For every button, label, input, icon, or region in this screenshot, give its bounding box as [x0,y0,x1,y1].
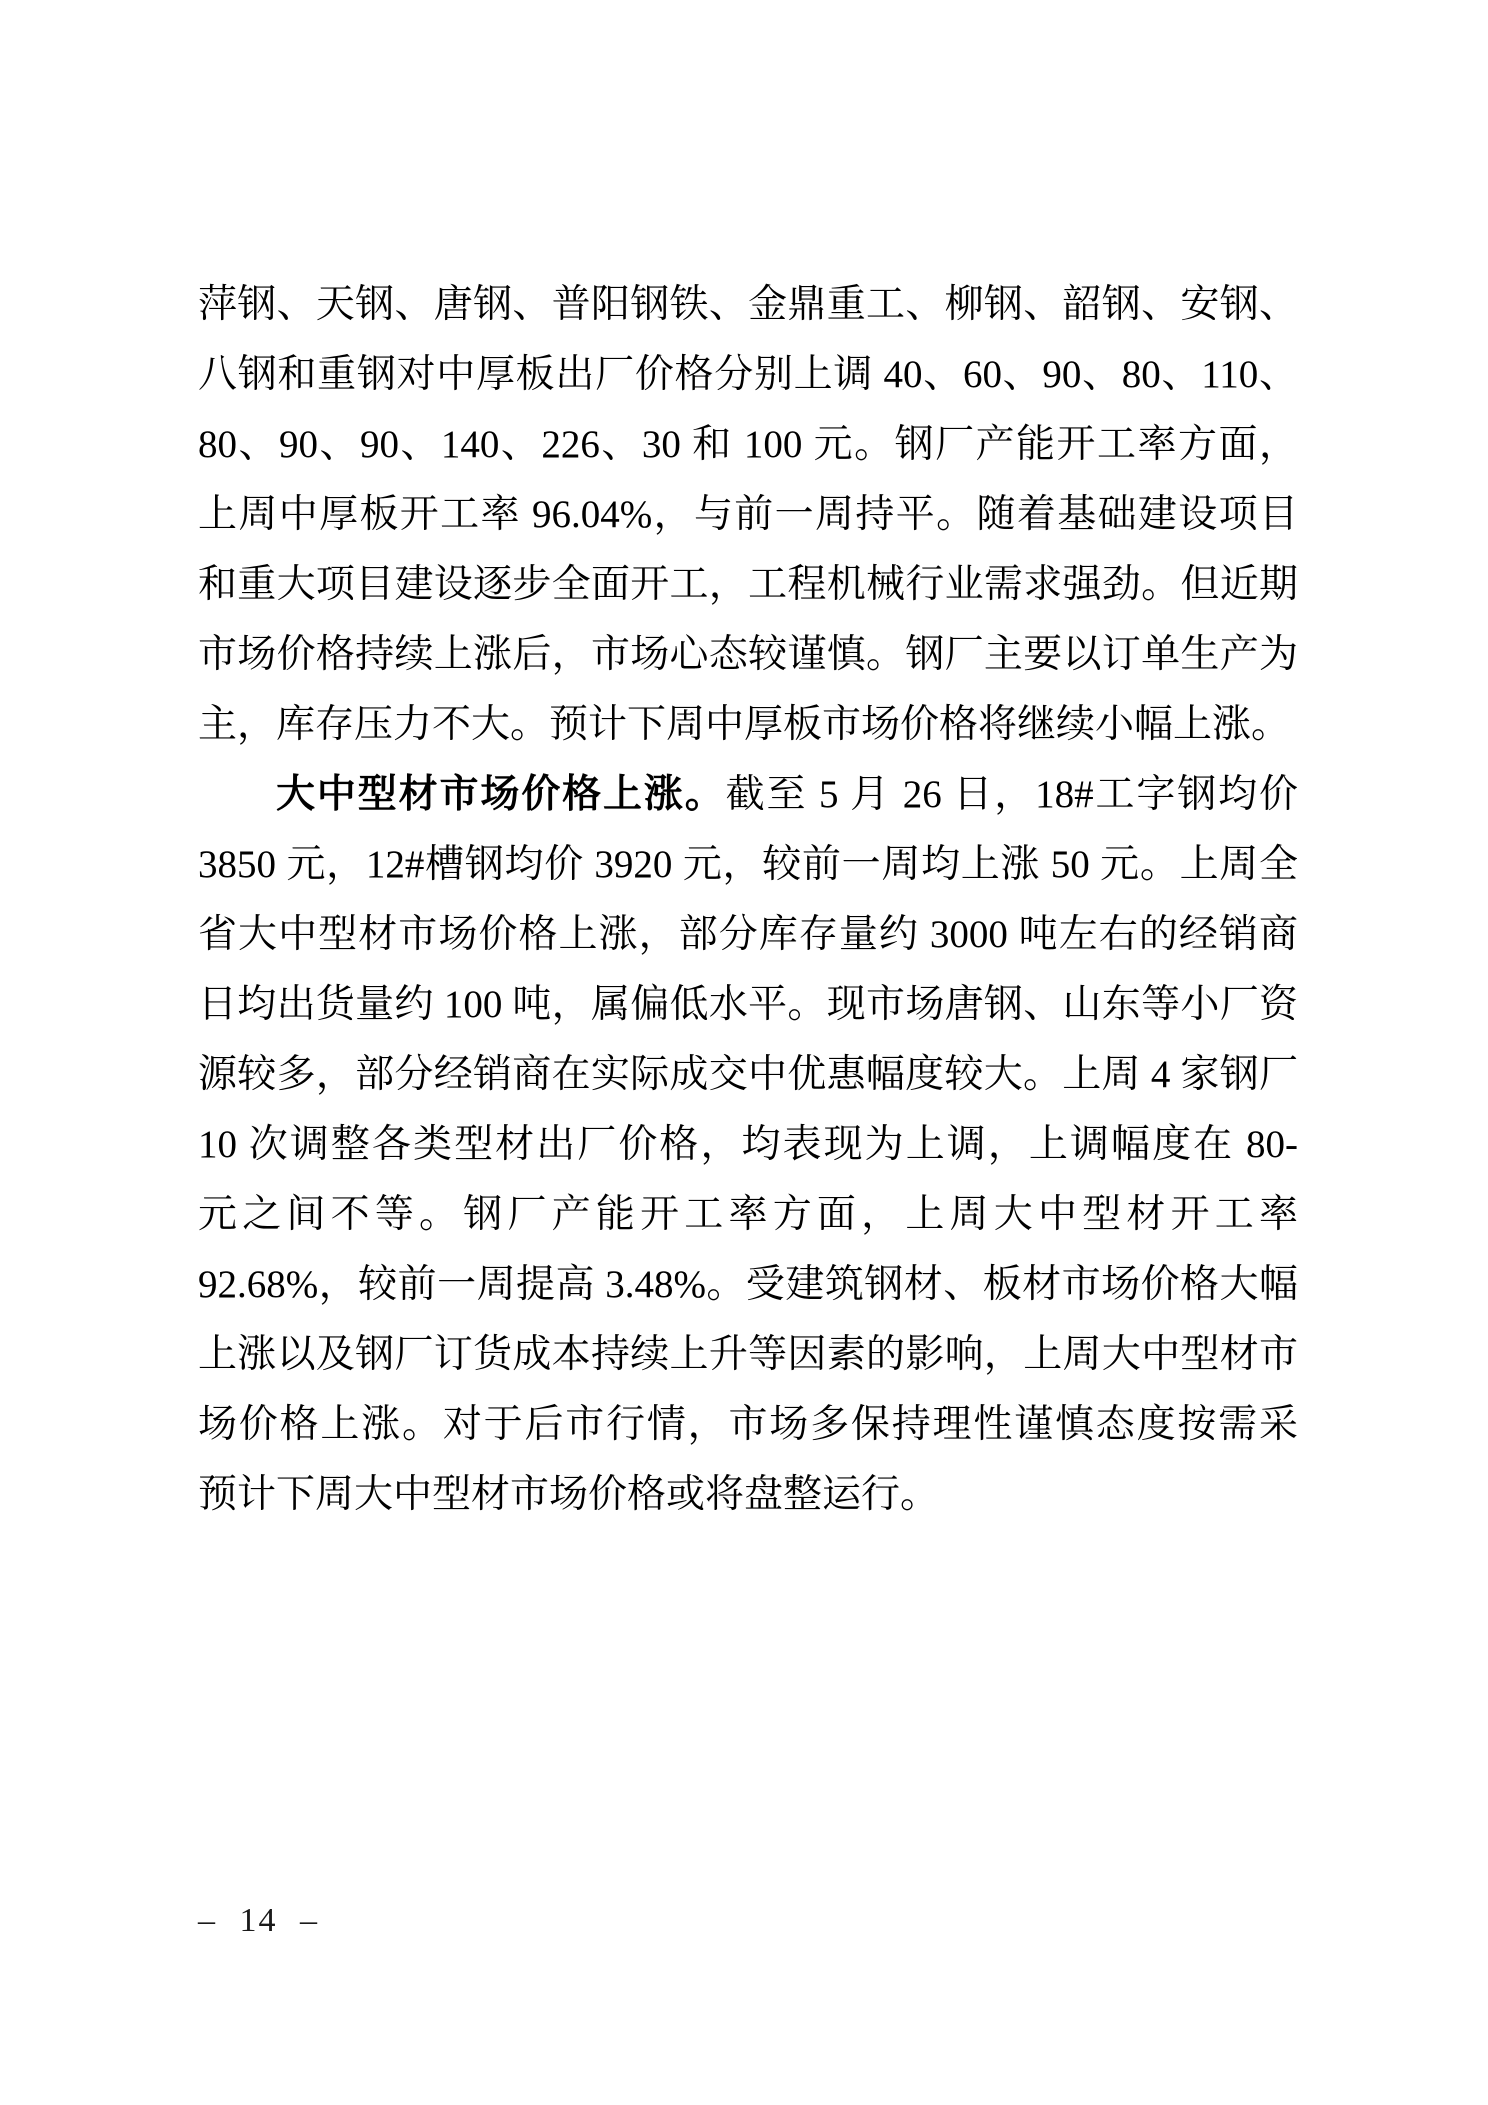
text-segment: 八钢和重钢对中厚板出厂价格分别上调 40、60、90、80、110、 [198,353,1298,396]
document-page: 萍钢、天钢、唐钢、普阳钢铁、金鼎重工、柳钢、韶钢、安钢、八钢和重钢对中厚板出厂价… [0,0,1488,2105]
page-number: – 14 – [198,1899,319,1943]
text-line: 省大中型材市场价格上涨，部分库存量约 3000 吨左右的经销商 [198,900,1298,970]
text-segment: 上涨以及钢厂订货成本持续上升等因素的影响，上周大中型材市 [198,1333,1298,1376]
text-line: 和重大项目建设逐步全面开工，工程机械行业需求强劲。但近期 [198,550,1298,620]
text-segment: 92.68%，较前一周提高 3.48%。受建筑钢材、板材市场价格大幅 [198,1263,1298,1306]
text-line: 源较多，部分经销商在实际成交中优惠幅度较大。上周 4 家钢厂 [198,1040,1298,1110]
text-line: 八钢和重钢对中厚板出厂价格分别上调 40、60、90、80、110、 [198,340,1298,410]
document-body: 萍钢、天钢、唐钢、普阳钢铁、金鼎重工、柳钢、韶钢、安钢、八钢和重钢对中厚板出厂价… [198,270,1298,1530]
text-segment: 场价格上涨。对于后市行情，市场多保持理性谨慎态度按需采购， [198,1403,1298,1460]
text-segment: 3850 元，12#槽钢均价 3920 元，较前一周均上涨 50 元。上周全 [198,843,1298,886]
text-segment: 上周中厚板开工率 96.04%，与前一周持平。随着基础建设项目 [198,493,1298,536]
text-segment: 萍钢、天钢、唐钢、普阳钢铁、金鼎重工、柳钢、韶钢、安钢、 [198,283,1298,326]
text-line: 元之间不等。钢厂产能开工率方面，上周大中型材开工率 [198,1180,1298,1250]
text-line: 上涨以及钢厂订货成本持续上升等因素的影响，上周大中型材市 [198,1320,1298,1390]
paragraph: 大中型材市场价格上涨。截至 5 月 26 日，18#工字钢均价3850 元，12… [198,760,1298,1530]
text-segment: 和重大项目建设逐步全面开工，工程机械行业需求强劲。但近期 [198,563,1298,606]
text-segment: 80、90、90、140、226、30 和 100 元。钢厂产能开工率方面， [198,423,1298,466]
text-line: 3850 元，12#槽钢均价 3920 元，较前一周均上涨 50 元。上周全 [198,830,1298,900]
paragraph-lead-bold: 大中型材市场价格上涨。 [276,773,726,816]
text-segment: 源较多，部分经销商在实际成交中优惠幅度较大。上周 4 家钢厂 [198,1053,1298,1096]
text-line: 10 次调整各类型材出厂价格，均表现为上调，上调幅度在 80-226 [198,1110,1298,1180]
paragraph: 萍钢、天钢、唐钢、普阳钢铁、金鼎重工、柳钢、韶钢、安钢、八钢和重钢对中厚板出厂价… [198,270,1298,760]
text-segment: 主，库存压力不大。预计下周中厚板市场价格将继续小幅上涨。 [198,703,1290,746]
text-line: 场价格上涨。对于后市行情，市场多保持理性谨慎态度按需采购， [198,1390,1298,1460]
text-segment: 预计下周大中型材市场价格或将盘整运行。 [198,1473,939,1516]
text-segment: 省大中型材市场价格上涨，部分库存量约 3000 吨左右的经销商 [198,913,1298,956]
text-line: 市场价格持续上涨后，市场心态较谨慎。钢厂主要以订单生产为 [198,620,1298,690]
text-line: 主，库存压力不大。预计下周中厚板市场价格将继续小幅上涨。 [198,690,1298,760]
text-line: 80、90、90、140、226、30 和 100 元。钢厂产能开工率方面， [198,410,1298,480]
text-line: 大中型材市场价格上涨。截至 5 月 26 日，18#工字钢均价 [198,760,1298,830]
text-segment: 日均出货量约 100 吨，属偏低水平。现市场唐钢、山东等小厂资 [198,983,1298,1026]
text-segment: 市场价格持续上涨后，市场心态较谨慎。钢厂主要以订单生产为 [198,633,1298,676]
text-line: 预计下周大中型材市场价格或将盘整运行。 [198,1460,1298,1530]
text-line: 上周中厚板开工率 96.04%，与前一周持平。随着基础建设项目 [198,480,1298,550]
text-line: 92.68%，较前一周提高 3.48%。受建筑钢材、板材市场价格大幅 [198,1250,1298,1320]
text-line: 萍钢、天钢、唐钢、普阳钢铁、金鼎重工、柳钢、韶钢、安钢、 [198,270,1298,340]
text-segment: 10 次调整各类型材出厂价格，均表现为上调，上调幅度在 80-226 [198,1123,1298,1180]
text-segment: 元之间不等。钢厂产能开工率方面，上周大中型材开工率 [198,1193,1298,1236]
text-line: 日均出货量约 100 吨，属偏低水平。现市场唐钢、山东等小厂资 [198,970,1298,1040]
text-segment: 截至 5 月 26 日，18#工字钢均价 [726,773,1298,816]
